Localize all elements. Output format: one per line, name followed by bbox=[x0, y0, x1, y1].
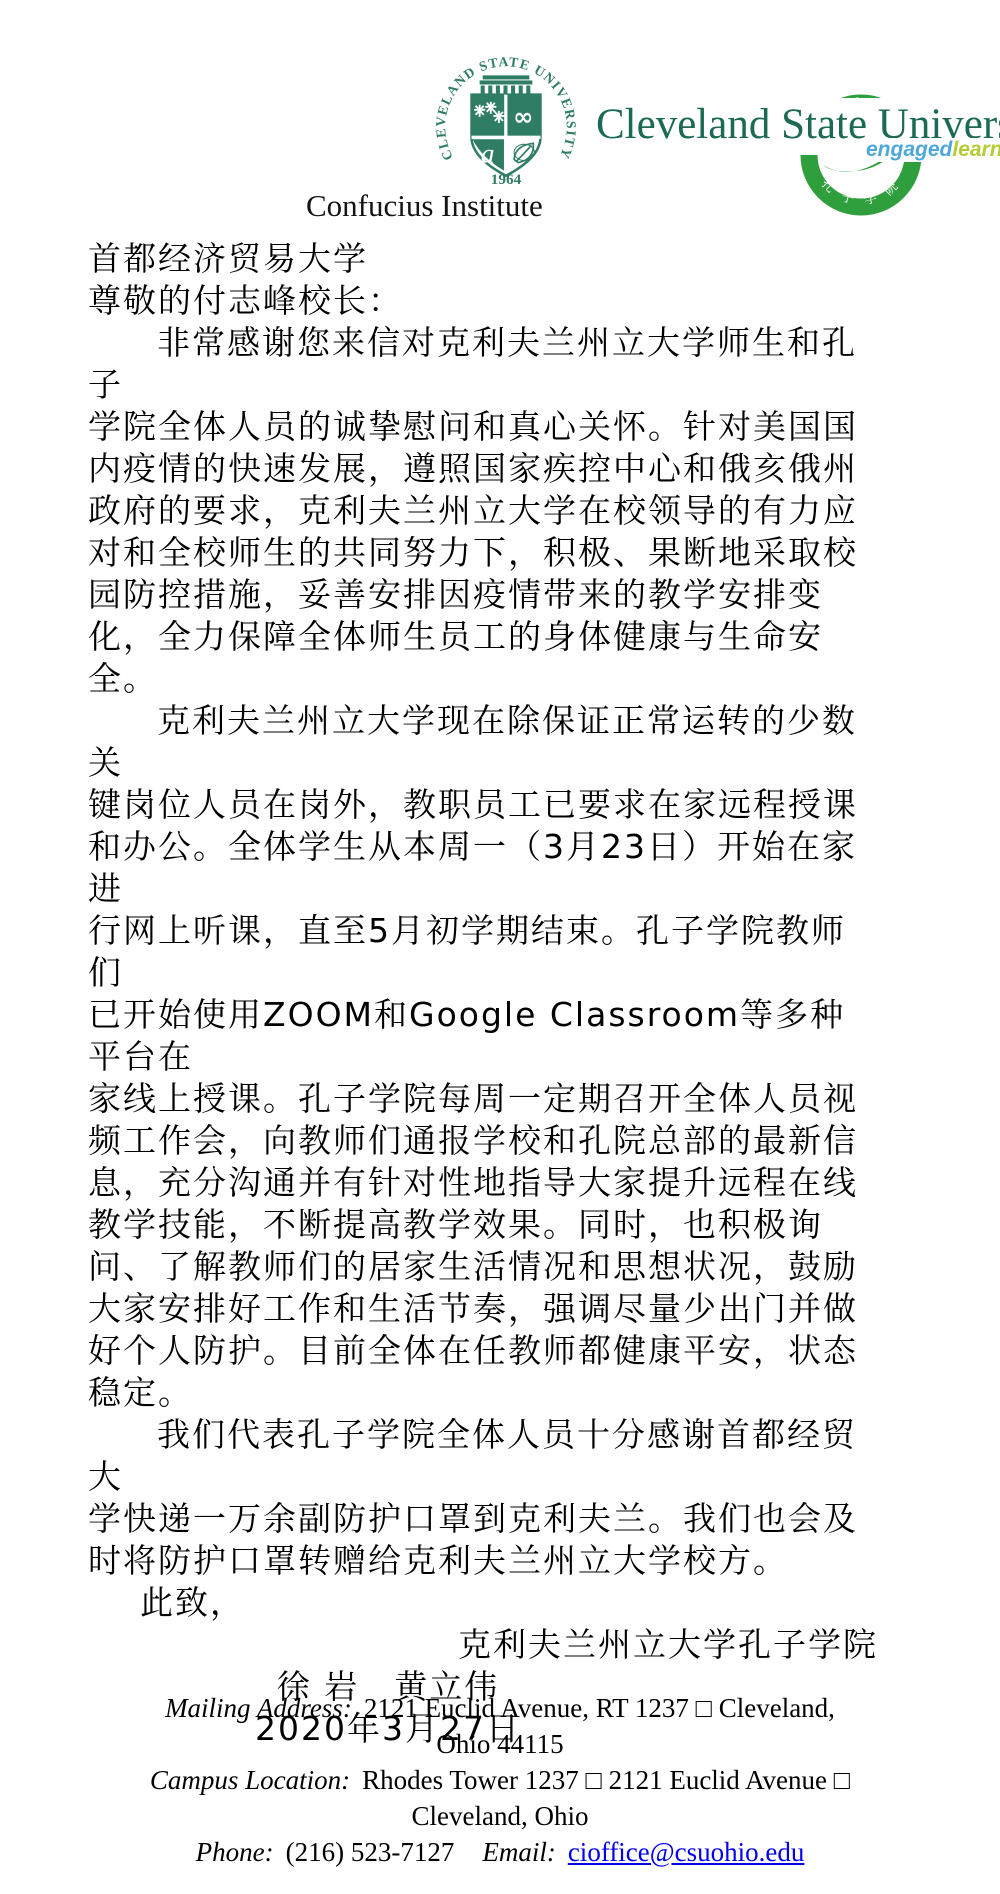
contact-line: Phone:(216) 523-7127Email:cioffice@csuoh… bbox=[0, 1834, 1000, 1870]
engaged-learning-tagline: engagedlearning bbox=[864, 138, 1000, 162]
csu-seal-logo: CLEVELAND STATE UNIVERSITY bbox=[428, 48, 584, 198]
email-label: Email: bbox=[482, 1837, 556, 1867]
letter-body: 首都经济贸易大学 尊敬的付志峰校长： 非常感谢您来信对克利夫兰州立大学师生和孔子… bbox=[88, 238, 878, 1750]
footer: Mailing Address:2121 Euclid Avenue, RT 1… bbox=[0, 1690, 1000, 1870]
seal-portico-icon bbox=[480, 75, 533, 94]
email-link[interactable]: cioffice@csuohio.edu bbox=[568, 1837, 805, 1867]
seal-year: 1964 bbox=[491, 171, 522, 188]
mailing-address-label: Mailing Address: bbox=[165, 1693, 352, 1723]
signature-organization: 克利夫兰州立大学孔子学院 bbox=[88, 1624, 878, 1666]
paragraph-2: 克利夫兰州立大学现在除保证正常运转的少数关 键岗位人员在岗外，教职员工已要求在家… bbox=[88, 700, 878, 1414]
campus-location-line2: Cleveland, Ohio bbox=[0, 1798, 1000, 1834]
seal-shield-icon: ∞ a bbox=[472, 95, 541, 176]
mailing-address-line: Mailing Address:2121 Euclid Avenue, RT 1… bbox=[0, 1690, 1000, 1726]
mailing-address-text: 2121 Euclid Avenue, RT 1237 □ Cleveland, bbox=[364, 1693, 835, 1723]
tagline-engaged: engaged bbox=[866, 138, 952, 161]
seal-letter-a: a bbox=[481, 139, 495, 169]
campus-location-line: Campus Location:Rhodes Tower 1237 □ 2121… bbox=[0, 1762, 1000, 1798]
campus-location-text: Rhodes Tower 1237 □ 2121 Euclid Avenue □ bbox=[362, 1765, 850, 1795]
letter-page: CLEVELAND STATE UNIVERSITY bbox=[0, 0, 1000, 1894]
closing-phrase: 此致， bbox=[88, 1582, 878, 1624]
phone-label: Phone: bbox=[196, 1837, 274, 1867]
salutation: 尊敬的付志峰校长： bbox=[88, 280, 878, 322]
mailing-address-line2: Ohio 44115 bbox=[0, 1726, 1000, 1762]
paragraph-3: 我们代表孔子学院全体人员十分感谢首都经贸大 学快递一万余副防护口罩到克利夫兰。我… bbox=[88, 1414, 878, 1582]
paragraph-1: 非常感谢您来信对克利夫兰州立大学师生和孔子 学院全体人员的诚挚慰问和真心关怀。针… bbox=[88, 322, 878, 700]
phone-number: (216) 523-7127 bbox=[286, 1837, 455, 1867]
campus-location-label: Campus Location: bbox=[150, 1765, 350, 1795]
tagline-learning: learning bbox=[952, 138, 1000, 161]
seal-infinity-icon: ∞ bbox=[513, 102, 533, 131]
recipient-school: 首都经济贸易大学 bbox=[88, 238, 878, 280]
